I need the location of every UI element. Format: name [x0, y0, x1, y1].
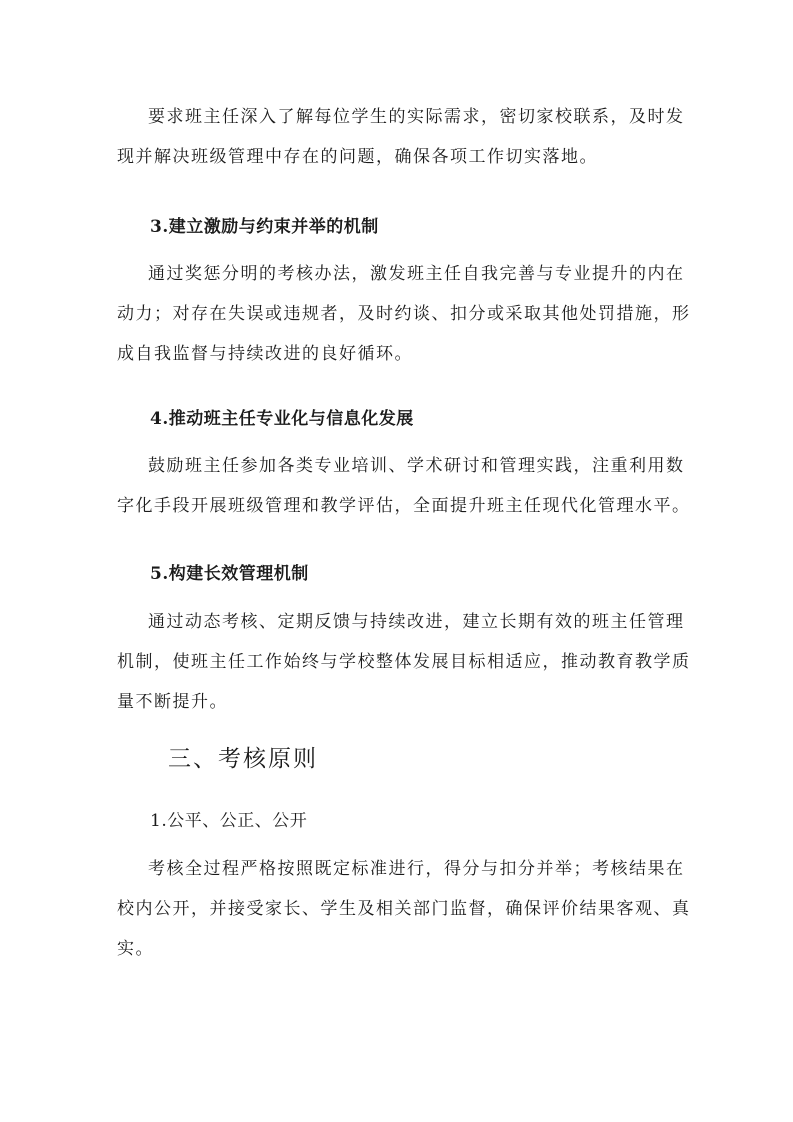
paragraph-line: 现并解决班级管理中存在的问题，确保各项工作切实落地。 [117, 146, 677, 168]
subheading-item-5: 5.构建长效管理机制 [150, 563, 309, 585]
paragraph-line: 字化手段开展班级管理和教学评估，全面提升班主任现代化管理水平。 [117, 495, 677, 517]
paragraph-line: 通过奖惩分明的考核办法，激发班主任自我完善与专业提升的内在 [148, 263, 708, 285]
paragraph-line: 考核全过程严格按照既定标准进行，得分与扣分并举；考核结果在 [148, 858, 708, 880]
subheading-principle-1: 1.公平、公正、公开 [150, 810, 307, 832]
paragraph-line: 要求班主任深入了解每位学生的实际需求，密切家校联系，及时发 [148, 106, 708, 128]
paragraph-line: 通过动态考核、定期反馈与持续改进，建立长期有效的班主任管理 [148, 611, 708, 633]
subheading-item-4: 4.推动班主任专业化与信息化发展 [150, 408, 414, 430]
subheading-item-3: 3.建立激励与约束并举的机制 [150, 216, 379, 238]
paragraph-line: 鼓励班主任参加各类专业培训、学术研讨和管理实践，注重利用数 [148, 455, 708, 477]
paragraph-line: 动力；对存在失误或违规者，及时约谈、扣分或采取其他处罚措施，形 [117, 303, 677, 325]
paragraph-line: 成自我监督与持续改进的良好循环。 [117, 343, 677, 365]
paragraph-line: 机制，使班主任工作始终与学校整体发展目标相适应，推动教育教学质 [117, 651, 677, 673]
paragraph-line: 量不断提升。 [117, 691, 677, 713]
section-heading: 三、考核原则 [168, 744, 318, 774]
document-page: 要求班主任深入了解每位学生的实际需求，密切家校联系，及时发 现并解决班级管理中存… [0, 0, 793, 1122]
paragraph-line: 校内公开，并接受家长、学生及相关部门监督，确保评价结果客观、真 [117, 898, 677, 920]
paragraph-line: 实。 [117, 938, 677, 960]
